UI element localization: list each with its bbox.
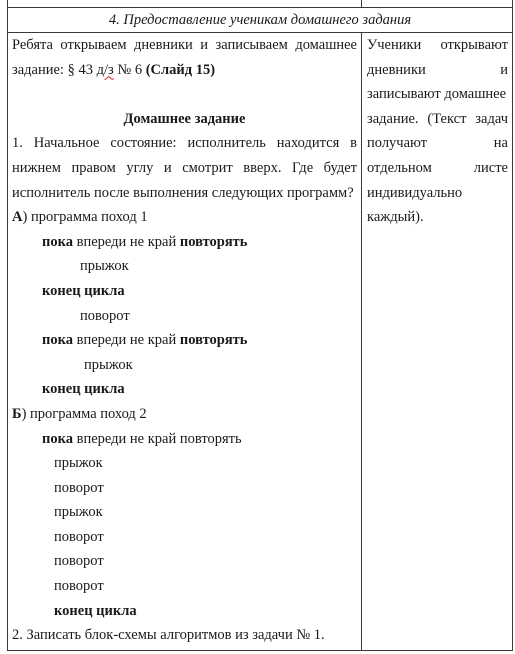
loop-condition: впереди не край bbox=[73, 234, 180, 250]
program-b-loop-end: конец цикла bbox=[12, 599, 357, 624]
keyword-while: пока bbox=[42, 332, 73, 348]
lesson-plan-table: 4. Предоставление ученикам домашнего зад… bbox=[7, 0, 513, 651]
student-line: задание. (Текст задач bbox=[367, 107, 508, 132]
student-line: каждый). bbox=[367, 205, 508, 230]
program-b-command: поворот bbox=[12, 549, 357, 574]
previous-row-right-cell bbox=[362, 0, 513, 8]
program-b-letter: Б bbox=[12, 406, 22, 422]
keyword-while: пока bbox=[42, 431, 73, 447]
section-title: 4. Предоставление ученикам домашнего зад… bbox=[8, 8, 513, 33]
program-a-command: прыжок bbox=[12, 254, 357, 279]
student-line: получают на bbox=[367, 131, 508, 156]
program-a-title: А) программа поход 1 bbox=[12, 205, 357, 230]
task1-line-1: 1. Начальное состояние: исполнитель нахо… bbox=[12, 131, 357, 156]
previous-row bbox=[8, 0, 513, 8]
slide-reference: (Слайд 15) bbox=[146, 62, 215, 78]
student-line: записывают домашнее bbox=[367, 82, 508, 107]
task1-line-2: нижнем правом углу и смотрит вверх. Где … bbox=[12, 156, 357, 181]
student-activity-cell: Ученики открывают дневники и записывают … bbox=[362, 33, 513, 651]
keyword-repeat: повторять bbox=[180, 234, 248, 250]
program-b-command: поворот bbox=[12, 525, 357, 550]
content-row: Ребята открываем дневники и записываем д… bbox=[8, 33, 513, 651]
program-a-command: поворот bbox=[12, 304, 357, 329]
intro-prefix: задание: § 43 bbox=[12, 62, 97, 78]
intro-line-2: задание: § 43 д/з № 6 (Слайд 15) bbox=[12, 58, 357, 83]
section-header-row: 4. Предоставление ученикам домашнего зад… bbox=[8, 8, 513, 33]
student-line: индивидуально bbox=[367, 181, 508, 206]
student-line: отдельном листе bbox=[367, 156, 508, 181]
program-b-loop: пока впереди не край повторять bbox=[12, 427, 357, 452]
program-b-command: прыжок bbox=[12, 451, 357, 476]
intro-number: № 6 bbox=[114, 62, 146, 78]
intro-line-1: Ребята открываем дневники и записываем д… bbox=[12, 33, 357, 58]
task2: 2. Записать блок-схемы алгоритмов из зад… bbox=[12, 623, 357, 648]
spellcheck-word-dz: д/з bbox=[97, 62, 114, 78]
task1-line-3: исполнитель после выполнения следующих п… bbox=[12, 181, 357, 206]
program-a-letter: А bbox=[12, 209, 22, 225]
program-a-loop-1: пока впереди не край повторять bbox=[12, 230, 357, 255]
keyword-while: пока bbox=[42, 234, 73, 250]
program-a-title-text: ) программа поход 1 bbox=[22, 209, 147, 225]
student-line: дневники и bbox=[367, 58, 508, 83]
student-line: Ученики открывают bbox=[367, 33, 508, 58]
program-b-title: Б) программа поход 2 bbox=[12, 402, 357, 427]
program-b-command: поворот bbox=[12, 476, 357, 501]
loop-condition: впереди не край bbox=[73, 332, 180, 348]
teacher-activity-cell: Ребята открываем дневники и записываем д… bbox=[8, 33, 362, 651]
keyword-repeat: повторять bbox=[180, 332, 248, 348]
previous-row-left-cell bbox=[8, 0, 362, 8]
loop-condition: впереди не край повторять bbox=[73, 431, 242, 447]
program-b-command: прыжок bbox=[12, 500, 357, 525]
program-b-command: поворот bbox=[12, 574, 357, 599]
blank-line bbox=[12, 82, 357, 107]
program-a-loop-end: конец цикла bbox=[12, 279, 357, 304]
homework-heading: Домашнее задание bbox=[12, 107, 357, 132]
program-b-title-text: ) программа поход 2 bbox=[22, 406, 147, 422]
program-a-loop-2: пока впереди не край повторять bbox=[12, 328, 357, 353]
program-a-command: прыжок bbox=[12, 353, 357, 378]
program-a-loop-end: конец цикла bbox=[12, 377, 357, 402]
